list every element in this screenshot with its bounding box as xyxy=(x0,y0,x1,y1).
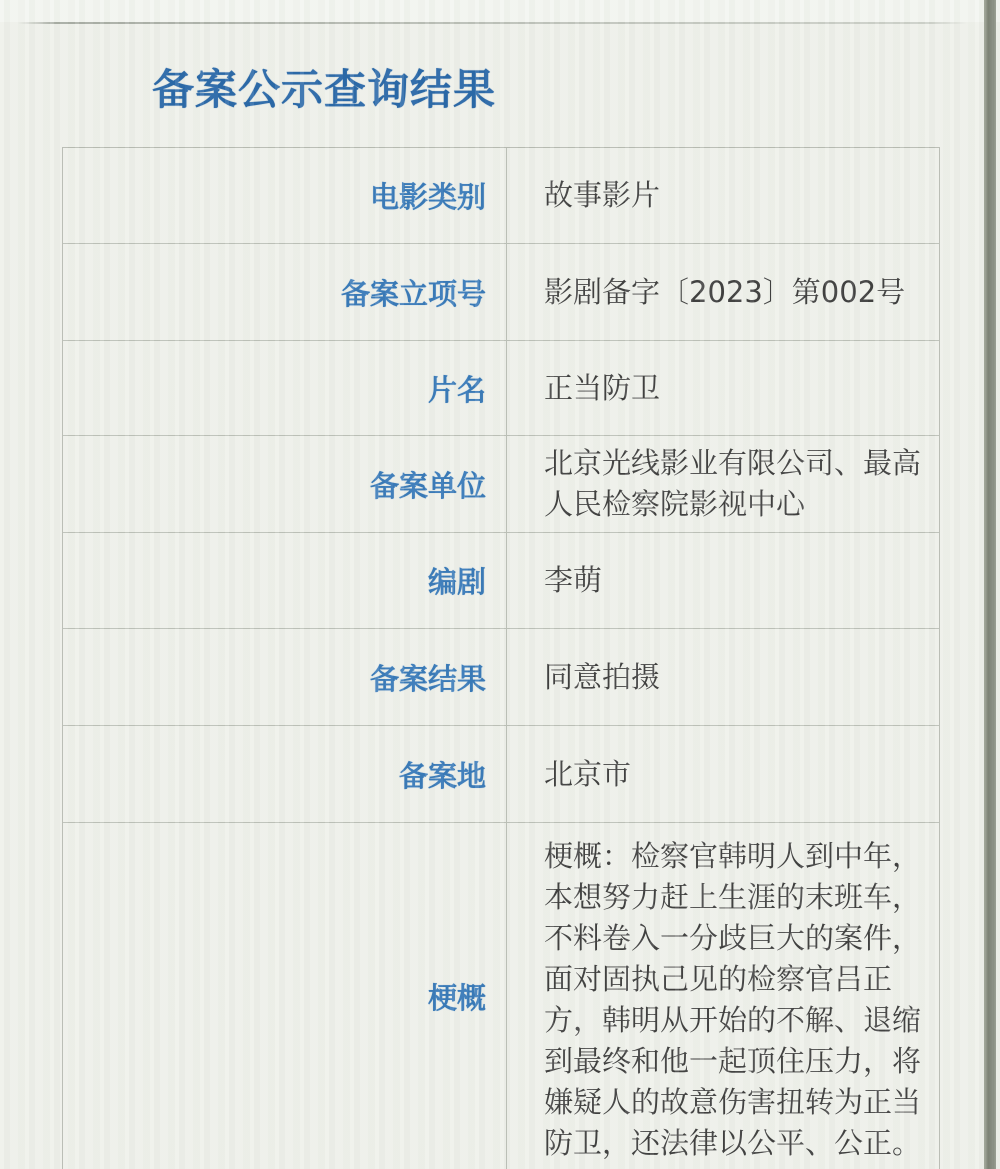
value-line: 本想努力赶上生涯的末班车， xyxy=(544,877,931,918)
table-row-synopsis: 梗概 梗概：检察官韩明人到中年， 本想努力赶上生涯的末班车， 不料卷入一分歧巨大… xyxy=(63,823,939,1169)
table-row-filing-place: 备案地 北京市 xyxy=(63,726,939,823)
row-value: 北京市 xyxy=(507,726,939,822)
table-row-filing-unit: 备案单位 北京光线影业有限公司、最高 人民检察院影视中心 xyxy=(63,436,939,533)
row-value: 梗概：检察官韩明人到中年， 本想努力赶上生涯的末班车， 不料卷入一分歧巨大的案件… xyxy=(507,823,939,1169)
value-line: 防卫，还法律以公平、公正。 xyxy=(544,1123,931,1164)
value-line: 面对固执己见的检察官吕正 xyxy=(544,959,931,1000)
value-line: 梗概：检察官韩明人到中年， xyxy=(544,836,931,877)
table-row-film-title: 片名 正当防卫 xyxy=(63,341,939,436)
row-value: 同意拍摄 xyxy=(507,629,939,725)
filing-result-table: 电影类别 故事影片 备案立项号 影剧备字〔2023〕第002号 片名 正当防卫 … xyxy=(62,147,940,1169)
row-value: 北京光线影业有限公司、最高 人民检察院影视中心 xyxy=(507,436,939,532)
value-line: 到最终和他一起顶住压力，将 xyxy=(544,1041,931,1082)
table-row-film-category: 电影类别 故事影片 xyxy=(63,148,939,244)
table-row-filing-number: 备案立项号 影剧备字〔2023〕第002号 xyxy=(63,244,939,341)
row-value: 李萌 xyxy=(507,533,939,628)
row-label: 梗概 xyxy=(63,823,507,1169)
row-label: 备案单位 xyxy=(63,436,507,532)
row-label: 片名 xyxy=(63,341,507,435)
row-label: 电影类别 xyxy=(63,148,507,243)
top-band xyxy=(0,0,1000,22)
row-value: 影剧备字〔2023〕第002号 xyxy=(507,244,939,340)
photo-edge-strip xyxy=(984,0,996,1169)
page-title: 备案公示查询结果 xyxy=(152,64,496,116)
row-label: 备案结果 xyxy=(63,629,507,725)
value-line: 方，韩明从开始的不解、退缩 xyxy=(544,1000,931,1041)
value-line: 人民检察院影视中心 xyxy=(544,484,931,525)
row-label: 备案地 xyxy=(63,726,507,822)
table-row-filing-result: 备案结果 同意拍摄 xyxy=(63,629,939,726)
row-label: 编剧 xyxy=(63,533,507,628)
value-line: 嫌疑人的故意伤害扭转为正当 xyxy=(544,1082,931,1123)
row-label: 备案立项号 xyxy=(63,244,507,340)
row-value: 正当防卫 xyxy=(507,341,939,435)
value-line: 不料卷入一分歧巨大的案件， xyxy=(544,918,931,959)
row-value: 故事影片 xyxy=(507,148,939,243)
top-divider-line xyxy=(18,22,968,24)
value-line: 北京光线影业有限公司、最高 xyxy=(544,443,931,484)
table-row-screenwriter: 编剧 李萌 xyxy=(63,533,939,629)
